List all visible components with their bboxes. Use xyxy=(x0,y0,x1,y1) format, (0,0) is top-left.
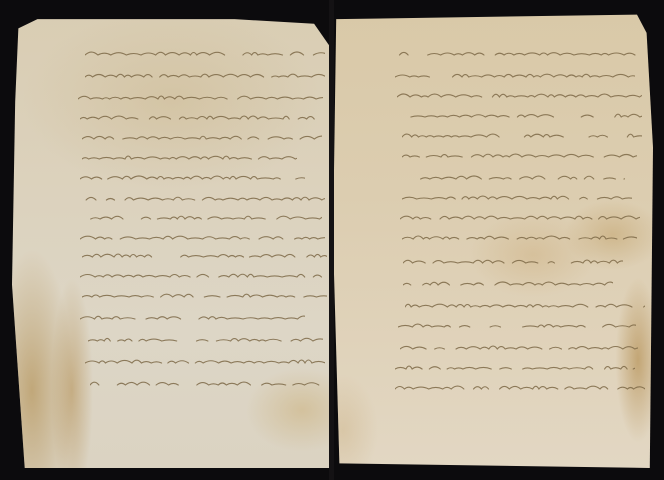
handwritten-line: [illegible handwritten line 14] xyxy=(398,320,636,332)
handwritten-line: [illegible handwritten line 15] xyxy=(88,334,323,346)
handwritten-line: [illegible handwritten line 1] xyxy=(85,48,325,60)
handwritten-line: [illegible handwritten line 6] xyxy=(82,152,297,164)
handwritten-line: [illegible handwritten line 7] xyxy=(80,172,305,184)
handwritten-line: [illegible handwritten line 11] xyxy=(403,256,623,268)
handwritten-line: [illegible handwritten line 2] xyxy=(85,70,325,82)
handwritten-line: [illegible handwritten line 12] xyxy=(403,278,613,290)
handwritten-line: [illegible handwritten line 11] xyxy=(82,250,327,262)
handwritten-line: [illegible handwritten line 13] xyxy=(82,290,327,302)
handwritten-line: [illegible handwritten line 14] xyxy=(80,312,305,324)
handwritten-line: [illegible handwritten line 10] xyxy=(402,232,637,244)
handwritten-line: [illegible handwritten line 5] xyxy=(82,132,322,144)
handwritten-line: [illegible handwritten line 4] xyxy=(402,110,642,122)
handwritten-line: [illegible handwritten line 7] xyxy=(400,172,625,184)
handwritten-line: [illegible handwritten line 1] xyxy=(372,48,642,60)
handwritten-line: [illegible handwritten line 2] xyxy=(395,70,635,82)
handwritten-line: [illegible handwritten line 8] xyxy=(402,192,632,204)
handwritten-line: [illegible handwritten line 16] xyxy=(85,356,325,368)
handwritten-line: [illegible handwritten line 3] xyxy=(78,92,323,104)
handwritten-line: [illegible handwritten line 6] xyxy=(402,150,637,162)
book-gutter xyxy=(329,0,334,480)
handwritten-line: [illegible handwritten line 12] xyxy=(80,270,325,282)
handwritten-line: [illegible handwritten line 10] xyxy=(80,232,325,244)
handwritten-line: [illegible handwritten line 3] xyxy=(397,90,642,102)
handwritten-line: [illegible handwritten line 15] xyxy=(400,342,638,354)
handwritten-line: [illegible handwritten line 4] xyxy=(80,112,320,124)
handwritten-line: [illegible handwritten line 8] xyxy=(80,193,325,205)
handwritten-line: [illegible handwritten line 16] xyxy=(395,362,635,374)
handwritten-line: [illegible handwritten line 13] xyxy=(405,300,645,312)
handwritten-line: [illegible handwritten line 17] xyxy=(395,382,645,394)
handwritten-line: [illegible handwritten line 9] xyxy=(82,212,322,224)
handwritten-line: [illegible handwritten line 17] xyxy=(90,378,320,390)
handwritten-line: [illegible handwritten line 5] xyxy=(402,130,642,142)
handwritten-line: [illegible handwritten line 9] xyxy=(400,212,640,224)
